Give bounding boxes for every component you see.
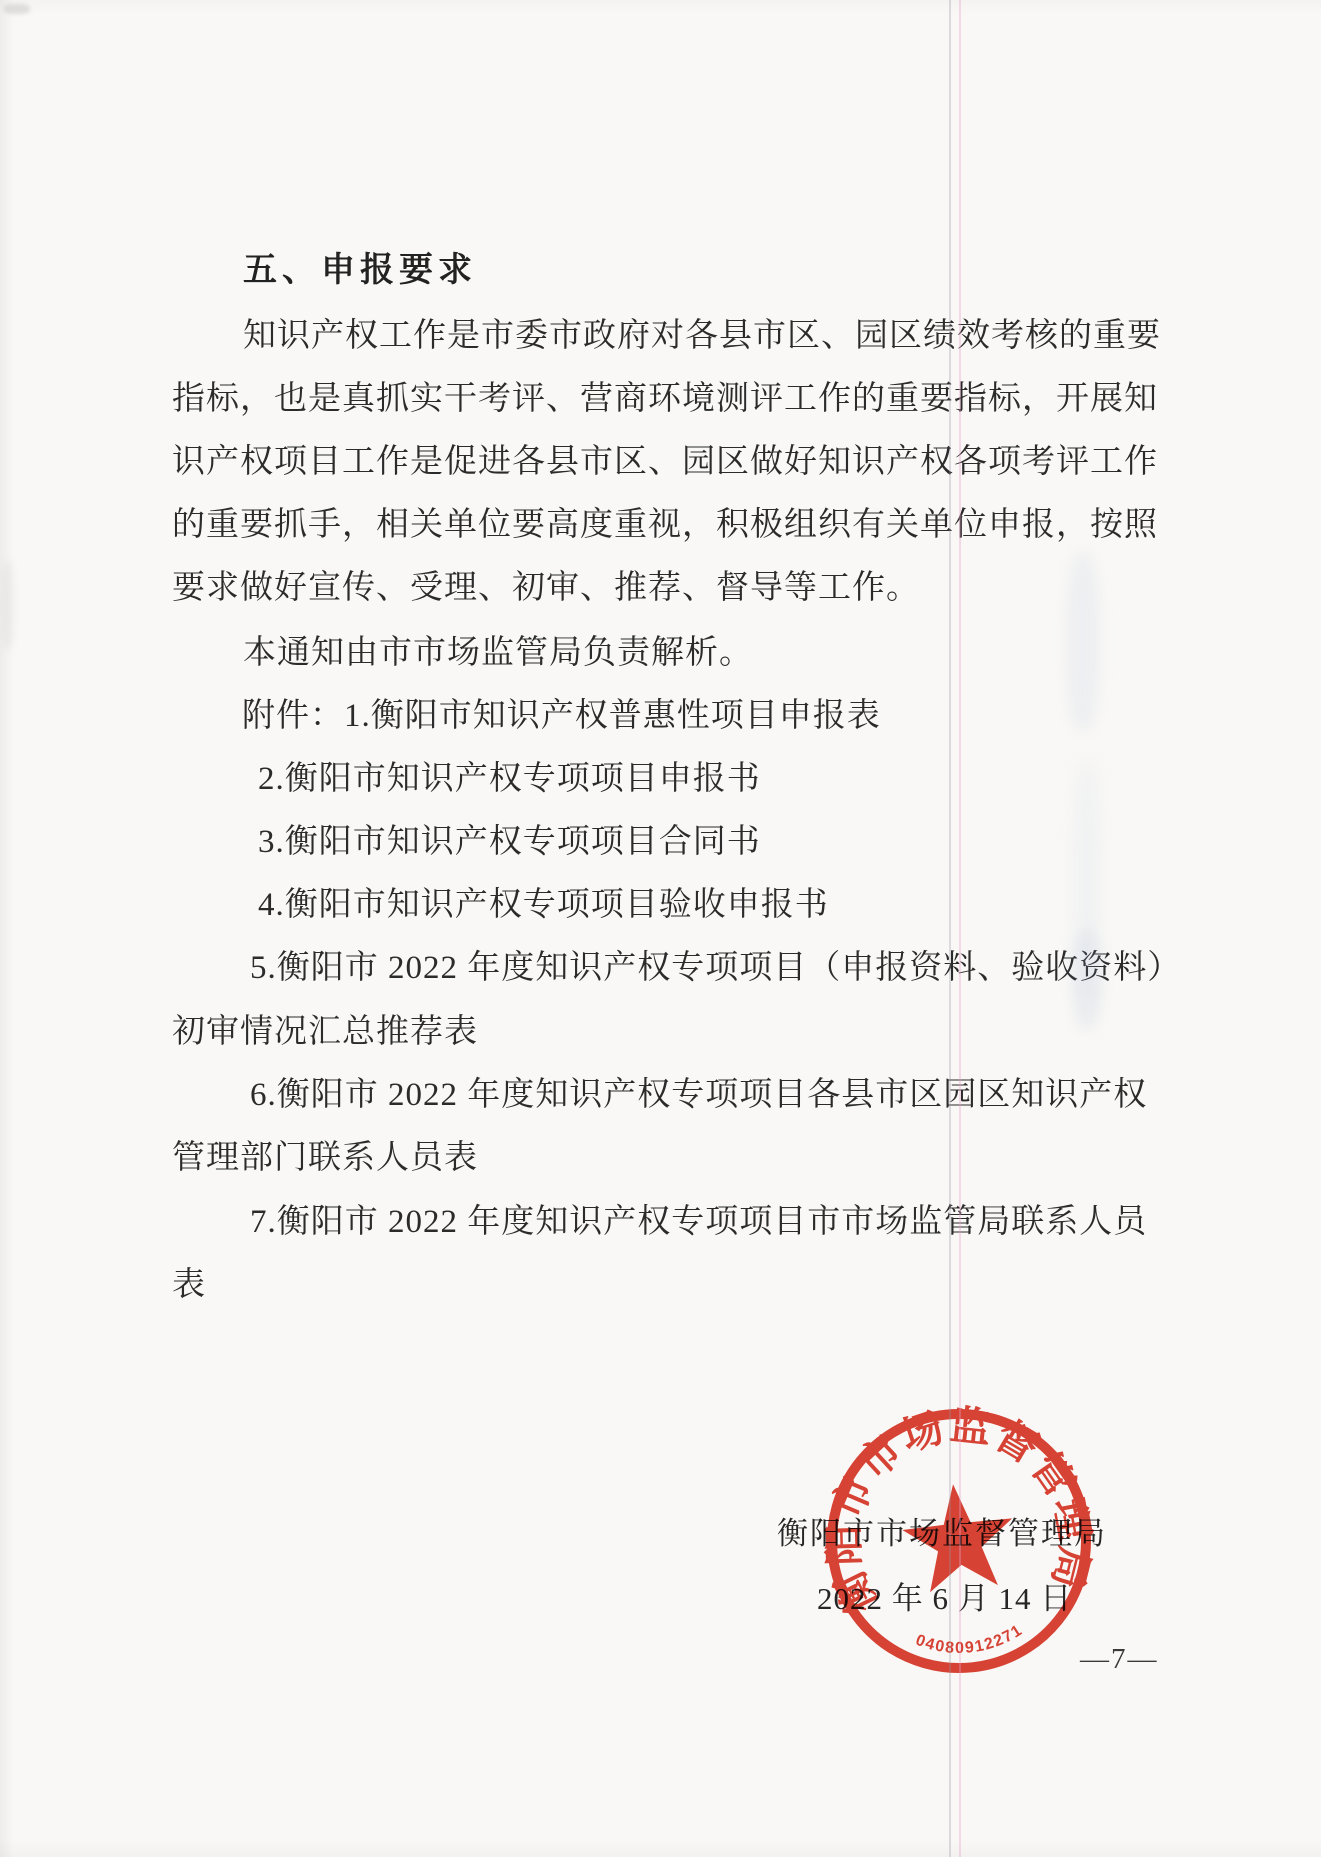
attachment-line: 附件：1.衡阳市知识产权普惠性项目申报表 <box>242 699 881 734</box>
paragraph-line: 要求做好宣传、受理、初审、推荐、督导等工作。 <box>172 571 920 606</box>
scan-fold-line <box>949 0 951 1857</box>
scanned-document-page: 五、申报要求 知识产权工作是市委市政府对各县市区、园区绩效考核的重要 指标，也是… <box>0 0 1321 1857</box>
attachment-line-continuation: 表 <box>172 1268 206 1303</box>
section-heading: 五、申报要求 <box>243 252 477 288</box>
attachment-line: 6.衡阳市 2022 年度知识产权专项项目各县市区园区知识产权 <box>250 1078 1147 1113</box>
attachment-line: 5.衡阳市 2022 年度知识产权专项项目（申报资料、验收资料） <box>250 951 1181 986</box>
attachment-line-continuation: 初审情况汇总推荐表 <box>172 1015 478 1050</box>
attachment-line-continuation: 管理部门联系人员表 <box>172 1141 478 1176</box>
attachment-line: 4.衡阳市知识产权专项项目验收申报书 <box>258 888 829 923</box>
scan-smudge <box>4 4 30 14</box>
paragraph-line: 本通知由市市场监管局负责解析。 <box>243 636 753 671</box>
attachment-line: 3.衡阳市知识产权专项项目合同书 <box>258 825 761 860</box>
scan-smudge <box>1066 552 1100 732</box>
attachment-line: 7.衡阳市 2022 年度知识产权专项项目市市场监管局联系人员 <box>250 1205 1147 1240</box>
paragraph-line: 的重要抓手，相关单位要高度重视，积极组织有关单位申报，按照 <box>172 508 1158 543</box>
attachment-line: 2.衡阳市知识产权专项项目申报书 <box>258 762 761 797</box>
scan-fold-line <box>959 0 961 1857</box>
paragraph-line: 识产权项目工作是促进各县市区、园区做好知识产权各项考评工作 <box>172 445 1158 480</box>
paragraph-line: 知识产权工作是市委市政府对各县市区、园区绩效考核的重要 <box>243 319 1161 354</box>
scan-smudge <box>2 560 14 650</box>
paragraph-line: 指标，也是真抓实干考评、营商环境测评工作的重要指标，开展知 <box>172 382 1158 417</box>
